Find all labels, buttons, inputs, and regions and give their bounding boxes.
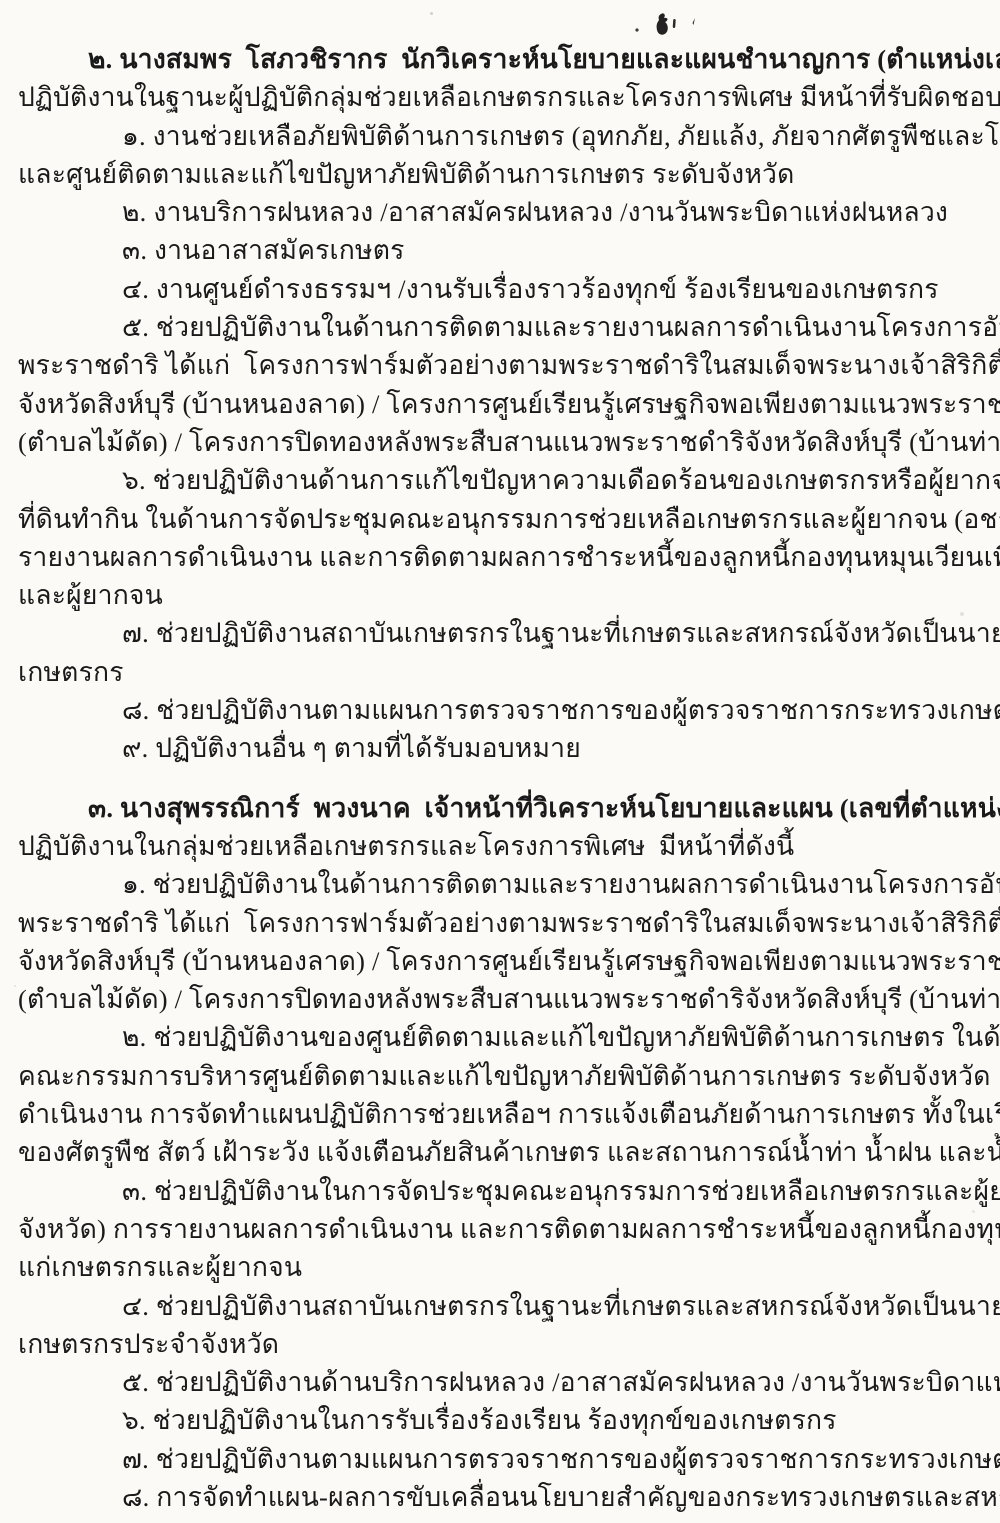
text-line: ดำเนินงาน การจัดทำแผนปฏิบัติการช่วยเหลือ… bbox=[0, 1095, 1000, 1133]
text-line: เกษตรกรประจำจังหวัด bbox=[0, 1325, 1000, 1363]
text-line: ปฏิบัติงานในฐานะผู้ปฏิบัติกลุ่มช่วยเหลือ… bbox=[0, 78, 1000, 116]
text-line: ๓. นางสุพรรณิการ์ พวงนาค เจ้าหน้าที่วิเค… bbox=[0, 789, 1000, 827]
text-line: เกษตรกร bbox=[0, 653, 1000, 691]
text-line: ๔. ช่วยปฏิบัติงานสถาบันเกษตรกรในฐานะที่เ… bbox=[0, 1287, 1000, 1325]
document-body: ๒. นางสมพร โสภวชิรากร นักวิเคราะห์นโยบาย… bbox=[0, 40, 1000, 1516]
text-line: ของศัตรูพืช สัตว์ เฝ้าระวัง แจ้งเตือนภัย… bbox=[0, 1133, 1000, 1171]
text-line: จังหวัดสิงห์บุรี (บ้านหนองลาด) / โครงการ… bbox=[0, 942, 1000, 980]
scanned-document-page: ๒. นางสมพร โสภวชิรากร นักวิเคราะห์นโยบาย… bbox=[0, 0, 1000, 1523]
text-line: ๔. งานศูนย์ดำรงธรรมฯ /งานรับเรื่องราวร้อ… bbox=[0, 270, 1000, 308]
text-line: แก่เกษตรกรและผู้ยากจน bbox=[0, 1248, 1000, 1286]
text-line: ๑. งานช่วยเหลือภัยพิบัติด้านการเกษตร (อุ… bbox=[0, 117, 1000, 155]
text-line: คณะกรรมการบริหารศูนย์ติดตามและแก้ไขปัญหา… bbox=[0, 1057, 1000, 1095]
text-line: ๘. การจัดทำแผน-ผลการขับเคลื่อนนโยบายสำคั… bbox=[0, 1478, 1000, 1516]
text-line: ๓. งานอาสาสมัครเกษตร bbox=[0, 231, 1000, 269]
text-line: ๒. นางสมพร โสภวชิรากร นักวิเคราะห์นโยบาย… bbox=[0, 40, 1000, 78]
text-line: ๗. ช่วยปฏิบัติงานสถาบันเกษตรกรในฐานะที่เ… bbox=[0, 614, 1000, 652]
text-line: และผู้ยากจน bbox=[0, 576, 1000, 614]
text-line: และศูนย์ติดตามและแก้ไขปัญหาภัยพิบัติด้าน… bbox=[0, 155, 1000, 193]
text-line: ๓. ช่วยปฏิบัติงานในการจัดประชุมคณะอนุกรร… bbox=[0, 1172, 1000, 1210]
text-line: ๖. ช่วยปฏิบัติงานด้านการแก้ไขปัญหาความเด… bbox=[0, 461, 1000, 499]
text-line: ที่ดินทำกิน ในด้านการจัดประชุมคณะอนุกรรม… bbox=[0, 500, 1000, 538]
text-line: ๕. ช่วยปฏิบัติงานในด้านการติดตามและรายงา… bbox=[0, 308, 1000, 346]
text-line: พระราชดำริ ได้แก่ โครงการฟาร์มตัวอย่างตา… bbox=[0, 904, 1000, 942]
text-line: ปฏิบัติงานในกลุ่มช่วยเหลือเกษตรกรและโครง… bbox=[0, 827, 1000, 865]
text-line: พระราชดำริ ได้แก่ โครงการฟาร์มตัวอย่างตา… bbox=[0, 346, 1000, 384]
scan-noise-speck bbox=[430, 12, 433, 15]
text-line: ๒. งานบริการฝนหลวง /อาสาสมัครฝนหลวง /งาน… bbox=[0, 193, 1000, 231]
text-line: ๑. ช่วยปฏิบัติงานในด้านการติดตามและรายงา… bbox=[0, 865, 1000, 903]
text-line: ๖. ช่วยปฏิบัติงานในการรับเรื่องร้องเรียน… bbox=[0, 1401, 1000, 1439]
text-line: ๘. ช่วยปฏิบัติงานตามแผนการตรวจราชการของผ… bbox=[0, 691, 1000, 729]
text-line: ๗. ช่วยปฏิบัติงานตามแผนการตรวจราชการของผ… bbox=[0, 1440, 1000, 1478]
text-line: รายงานผลการดำเนินงาน และการติดตามผลการชำ… bbox=[0, 538, 1000, 576]
text-line: (ตำบลไม้ดัด) / โครงการปิดทองหลังพระสืบสา… bbox=[0, 980, 1000, 1018]
text-line: ๙. ปฏิบัติงานอื่น ๆ ตามที่ได้รับมอบหมาย bbox=[0, 729, 1000, 767]
text-line: ๕. ช่วยปฏิบัติงานด้านบริการฝนหลวง /อาสาส… bbox=[0, 1363, 1000, 1401]
text-line: จังหวัดสิงห์บุรี (บ้านหนองลาด) / โครงการ… bbox=[0, 385, 1000, 423]
text-line: จังหวัด) การรายงานผลการดำเนินงาน และการต… bbox=[0, 1210, 1000, 1248]
text-line: ๒. ช่วยปฏิบัติงานของศูนย์ติดตามและแก้ไขป… bbox=[0, 1018, 1000, 1056]
text-line: (ตำบลไม้ดัด) / โครงการปิดทองหลังพระสืบสา… bbox=[0, 423, 1000, 461]
